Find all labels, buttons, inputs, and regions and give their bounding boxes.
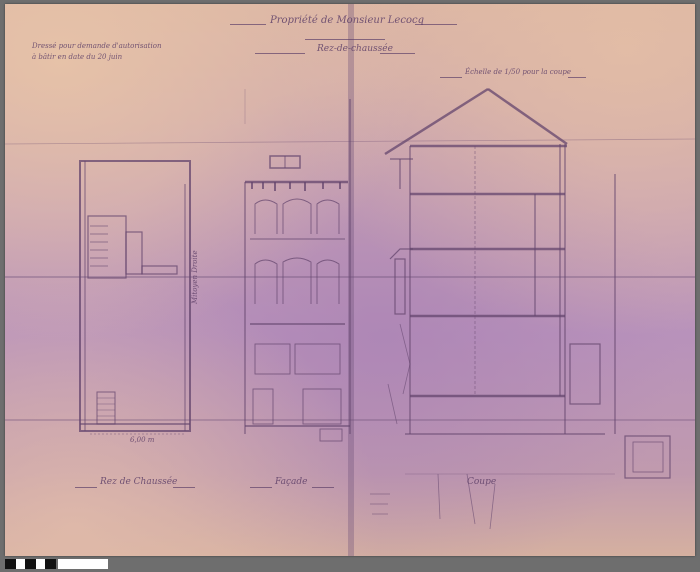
- drawing-linework: [5, 4, 695, 556]
- facade-label-rule-right: [312, 487, 334, 488]
- scale-segment-black: [5, 559, 16, 569]
- color-scale-bar: [5, 559, 108, 569]
- scale-segment-white: [16, 559, 25, 569]
- facade-label-rule-left: [250, 487, 272, 488]
- plan-dimension: 6,00 m: [130, 436, 154, 444]
- facade-view-label: Façade: [275, 477, 308, 487]
- blueprint-sheet: Propriété de Monsieur Lecocq Rez-de-chau…: [5, 4, 695, 556]
- plan-view-label: Rez de Chaussée: [100, 477, 177, 487]
- scale-segment-black: [45, 559, 56, 569]
- plan-label-rule-right: [173, 487, 195, 488]
- scale-segment-black: [25, 559, 36, 569]
- party-wall-label: Mitoyen Droite: [191, 250, 199, 304]
- scale-segment-white-long: [58, 559, 108, 569]
- scale-segment-white: [36, 559, 45, 569]
- plan-label-rule-left: [75, 487, 97, 488]
- section-view-label: Coupe: [467, 477, 496, 487]
